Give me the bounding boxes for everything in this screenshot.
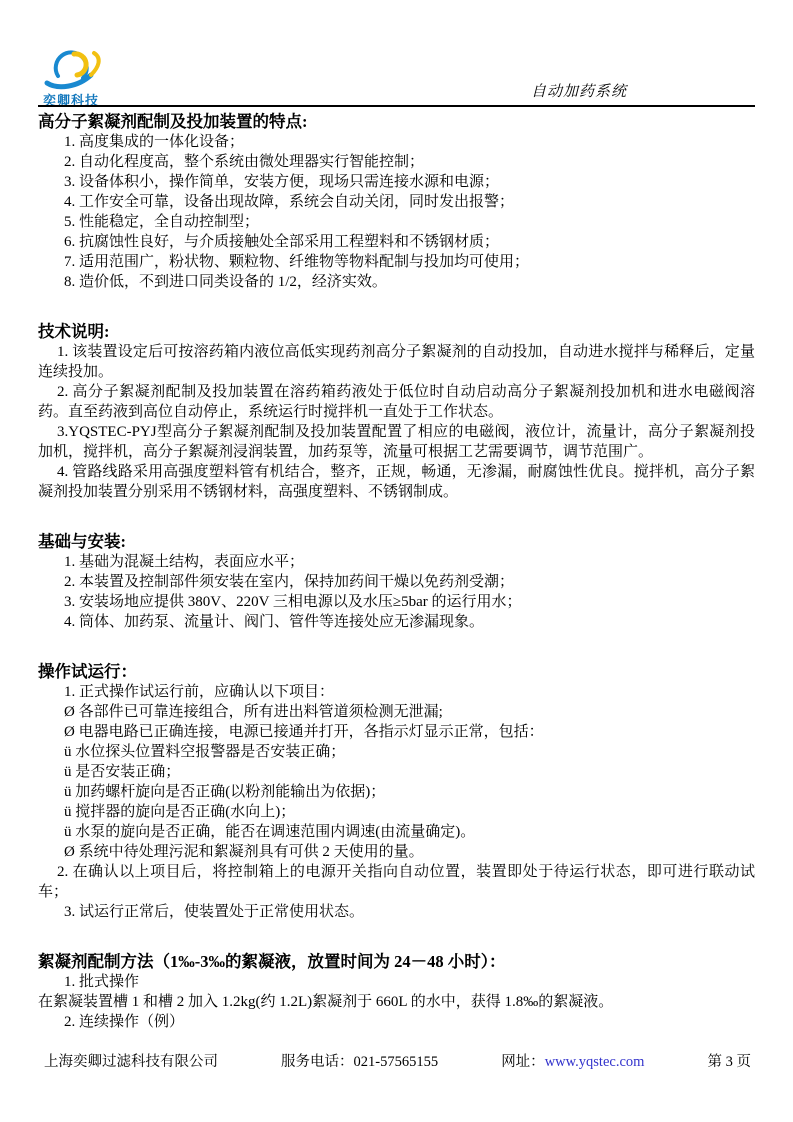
globe-logo-icon [43,45,123,93]
section-heading: 操作试运行： [38,661,755,682]
footer-website: 网址：www.yqstec.com [501,1050,644,1071]
paragraph: 4. 管路线路采用高强度塑料管有机结合，整齐，正规，畅通，无渗漏，耐腐蚀性优良。… [38,462,755,502]
list-item: Ø 各部件已可靠连接组合，所有进出料管道须检测无泄漏; [38,702,755,722]
list-item: 4. 筒体、加药泵、流量计、阀门、管件等连接处应无渗漏现象。 [38,612,755,632]
doc-section-2: 技术说明:1. 该装置设定后可按溶药箱内液位高低实现药剂高分子絮凝剂的自动投加，… [38,321,755,502]
list-item: 5. 性能稳定，全自动控制型； [38,212,755,232]
list-item: Ø 电器电路已正确连接，电源已接通并打开，各指示灯显示正常，包括： [38,722,755,742]
section-heading: 基础与安装: [38,531,755,552]
paragraph: 3.YQSTEC-PYJ型高分子絮凝剂配制及投加装置配置了相应的电磁阀，液位计，… [38,422,755,462]
paragraph: 1. 该装置设定后可按溶药箱内液位高低实现药剂高分子絮凝剂的自动投加，自动进水搅… [38,342,755,382]
page-footer: 上海奕卿过滤科技有限公司 服务电话：021-57565155 网址：www.yq… [38,1050,755,1071]
footer-page-number: 第 3 页 [707,1050,751,1071]
footer-phone: 服务电话：021-57565155 [281,1050,438,1071]
list-item: 3. 试运行正常后，使装置处于正常使用状态。 [38,902,755,922]
list-item: 1. 高度集成的一体化设备； [38,132,755,152]
list-item: 6. 抗腐蚀性良好，与介质接触处全部采用工程塑料和不锈钢材质； [38,232,755,252]
header-rule [38,105,755,107]
document-body: 高分子絮凝剂配制及投加装置的特点:1. 高度集成的一体化设备；2. 自动化程度高… [38,107,755,1032]
footer-company: 上海奕卿过滤科技有限公司 [44,1050,218,1071]
list-item: Ø 系统中待处理污泥和絮凝剂具有可供 2 天使用的量。 [38,842,755,862]
list-item: 1. 批式操作 [38,972,755,992]
list-item: 4. 工作安全可靠，设备出现故障，系统会自动关闭，同时发出报警； [38,192,755,212]
document-page: 奕卿科技 自动加药系统 高分子絮凝剂配制及投加装置的特点:1. 高度集成的一体化… [0,0,793,1122]
list-item: 3. 设备体积小，操作简单，安装方便，现场只需连接水源和电源； [38,172,755,192]
list-item: 3. 安装场地应提供 380V、220V 三相电源以及水压≥5bar 的运行用水… [38,592,755,612]
section-heading: 高分子絮凝剂配制及投加装置的特点: [38,111,755,132]
website-link[interactable]: www.yqstec.com [545,1054,645,1070]
paragraph: 2. 高分子絮凝剂配制及投加装置在溶药箱药液处于低位时自动启动高分子絮凝剂投加机… [38,382,755,422]
company-logo: 奕卿科技 [43,45,123,109]
doc-section-5: 絮凝剂配制方法（1‰-3‰的絮凝液，放置时间为 24－48 小时）：1. 批式操… [38,951,755,1032]
doc-section-4: 操作试运行：1. 正式操作试运行前，应确认以下项目：Ø 各部件已可靠连接组合，所… [38,661,755,922]
section-heading: 絮凝剂配制方法（1‰-3‰的絮凝液，放置时间为 24－48 小时）： [38,951,755,972]
list-item: 8. 造价低，不到进口同类设备的 1/2，经济实效。 [38,272,755,292]
doc-section-3: 基础与安装:1. 基础为混凝土结构，表面应水平；2. 本装置及控制部件须安装在室… [38,531,755,632]
list-item: 1. 基础为混凝土结构，表面应水平； [38,552,755,572]
list-item: 2. 自动化程度高，整个系统由微处理器实行智能控制； [38,152,755,172]
list-item: ü 水泵的旋向是否正确，能否在调速范围内调速(由流量确定)。 [38,822,755,842]
list-item: 7. 适用范围广，粉状物、颗粒物、纤维物等物料配制与投加均可使用； [38,252,755,272]
paragraph: 2. 在确认以上项目后，将控制箱上的电源开关指向自动位置，装置即处于待运行状态，… [38,862,755,902]
list-item: 在絮凝装置槽 1 和槽 2 加入 1.2kg(约 1.2L)絮凝剂于 660L … [38,992,755,1012]
list-item: ü 水位探头位置料空报警器是否安装正确； [38,742,755,762]
list-item: 2. 连续操作（例） [38,1012,755,1032]
list-item: ü 加药螺杆旋向是否正确(以粉剂能输出为依据)； [38,782,755,802]
doc-section-1: 高分子絮凝剂配制及投加装置的特点:1. 高度集成的一体化设备；2. 自动化程度高… [38,111,755,292]
list-item: ü 是否安装正确； [38,762,755,782]
list-item: ü 搅拌器的旋向是否正确(水向上)； [38,802,755,822]
list-item: 2. 本装置及控制部件须安装在室内，保持加药间干燥以免药剂受潮； [38,572,755,592]
footer-website-label: 网址： [501,1054,545,1070]
page-header: 奕卿科技 自动加药系统 [38,0,755,107]
section-heading: 技术说明: [38,321,755,342]
document-header-title: 自动加药系统 [531,80,627,101]
list-item: 1. 正式操作试运行前，应确认以下项目： [38,682,755,702]
